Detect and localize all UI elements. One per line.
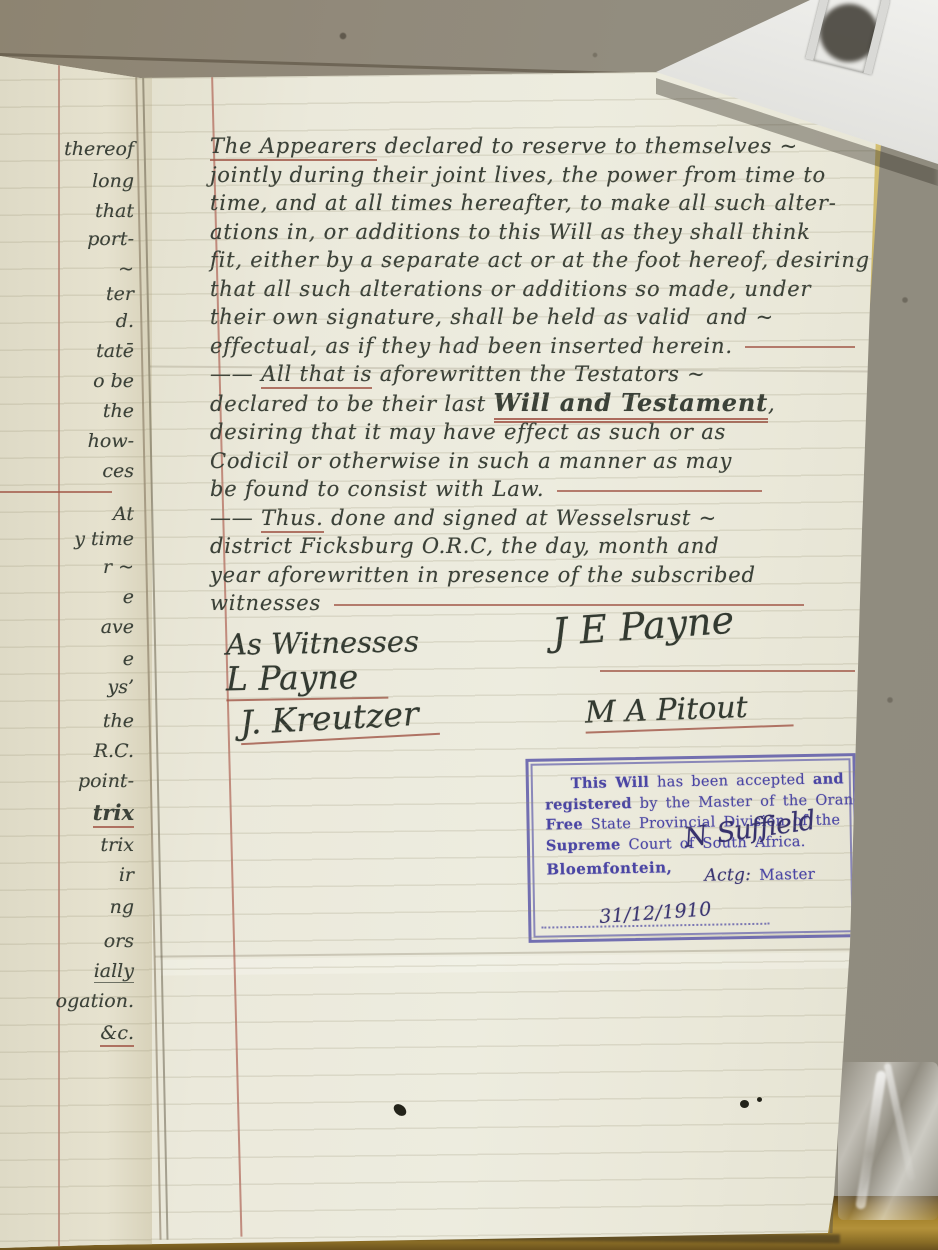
stamp-title-handwritten: Actg: [704,865,751,886]
handwritten-line: effectual, as if they had been inserted … [210,332,870,361]
text-segment: desiring that it may have effect as such… [210,420,726,444]
stamp-place-label: Bloemfontein, [546,857,672,880]
left-page-fragment: trix [100,834,134,856]
text-segment: time, and at all times hereafter, to mak… [210,191,837,215]
left-page-fragment: trix [93,800,134,828]
document-page: thereoflongthatport-~terd.tatēo bethehow… [0,0,938,1250]
handwritten-line: ations in, or additions to this Will as … [210,218,870,247]
text-segment: Supreme [546,836,621,854]
left-page-fragment: ng [110,896,134,918]
handwritten-line: time, and at all times hereafter, to mak… [210,189,870,218]
text-segment: fit, either by a separate act or at the … [210,248,870,272]
text-segment: All that is [261,362,372,389]
text-segment: This Will [571,774,650,792]
handwritten-line: witnesses [210,589,870,618]
handwritten-line: that all such alterations or additions s… [210,275,870,304]
left-page-fragment: tatē [96,340,134,362]
left-page-fragment: point- [78,770,134,792]
text-segment: The Appearers [210,134,377,161]
text-segment: —— [210,362,261,386]
left-page-fragment: ~ [118,258,134,280]
stamp-master-title: Actg: Master [704,864,815,886]
stamp-border-inner: This Will has been accepted andregistere… [531,758,854,938]
text-segment: their own signature, shall be held as va… [210,305,774,329]
left-page-fragment: &c. [100,1022,134,1047]
text-segment: —— [210,506,261,530]
handwritten-line: —— Thus. done and signed at Wesselsrust … [210,504,870,533]
signature-m-a-pitout: M A Pitout [584,688,793,733]
text-segment: year aforewritten in presence of the sub… [210,563,756,587]
left-page-fragment: r ~ [103,556,134,578]
handwritten-line: The Appearers declared to reserve to the… [210,132,870,161]
handwritten-line: district Ficksburg O.R.C, the day, month… [210,532,870,561]
left-page-text-fragments: thereoflongthatport-~terd.tatēo bethehow… [0,0,140,1250]
left-page-fragment: o be [93,370,134,392]
text-segment: ations in, or additions to this Will as … [210,220,811,244]
left-page-fragment: ir [119,864,134,886]
handwritten-line: jointly during their joint lives, the po… [210,161,870,190]
handwritten-line: desiring that it may have effect as such… [210,418,870,447]
left-page-fragment: port- [87,228,134,250]
stamp-date-line: 31/12/1910 [541,900,769,928]
left-page-fragment: ially [94,960,134,983]
left-page-fragment: the [103,710,134,732]
left-page-fragment: how- [88,430,134,452]
left-page-fragment: At [113,503,134,525]
text-segment: that all such alterations or additions s… [210,277,811,301]
handwritten-line: fit, either by a separate act or at the … [210,246,870,275]
ink-speck [757,1097,762,1102]
text-segment: and [813,770,844,788]
text-segment: has been accepted [649,772,813,791]
text-segment: declared to be their last [210,392,494,416]
left-page-fragment: thereof [64,138,134,160]
handwritten-line: their own signature, shall be held as va… [210,303,870,332]
red-rule-inline [745,346,855,348]
red-rule-inline [334,604,804,606]
text-segment: declared to reserve to themselves ~ [377,134,798,158]
left-page-fragment: ces [102,460,134,482]
left-page-fragment: e [123,648,134,670]
left-page-fragment: y time [74,528,134,550]
text-segment: aforewritten the Testators ~ [372,362,705,386]
as-witnesses-label: As Witnesses [226,624,419,661]
left-page-fragment: ors [104,930,134,952]
left-page-fragment: ter [106,283,134,305]
stamp-title-printed: Master [759,865,815,884]
registration-stamp: This Will has been accepted andregistere… [525,753,858,943]
stamp-date: 31/12/1910 [541,899,713,931]
left-page-fragment: ys’ [107,676,134,698]
left-page-fragment: ave [101,616,134,638]
left-page-red-rule [0,491,112,493]
signature-l-payne: L Payne [226,657,389,702]
text-segment: Codicil or otherwise in such a manner as… [210,449,732,473]
handwritten-line: declared to be their last Will and Testa… [210,389,870,419]
text-segment: done and signed at Wesselsrust ~ [324,506,717,530]
handwritten-line: be found to consist with Law. [210,475,870,504]
text-segment: district Ficksburg O.R.C, the day, month… [210,534,719,558]
text-segment: registered [545,795,632,814]
left-page-fragment: R.C. [94,740,134,762]
ink-speck [391,1102,408,1119]
handwritten-line: year aforewritten in presence of the sub… [210,561,870,590]
left-page-fragment: that [95,200,134,222]
ink-speck [740,1100,749,1108]
text-segment: effectual, as if they had been inserted … [210,334,740,358]
text-segment: be found to consist with Law. [210,477,552,501]
left-page-fragment: long [92,170,134,192]
text-segment: , [768,392,775,416]
text-segment: Thus. [261,506,324,533]
handwritten-line: —— All that is aforewritten the Testator… [210,360,870,389]
left-page-fragment: d. [116,310,134,332]
plastic-wrap [838,1062,938,1220]
text-segment: by the Master of the Orange [632,791,872,811]
text-segment: jointly during their joint lives, the po… [210,163,826,187]
left-page-fragment: ogation. [56,990,134,1012]
text-segment: witnesses [210,591,329,615]
red-rule [600,670,855,672]
handwritten-body-text: The Appearers declared to reserve to the… [210,132,870,618]
handwritten-line: Codicil or otherwise in such a manner as… [210,447,870,476]
text-segment: Free [545,816,583,834]
left-page-fragment: the [103,400,134,422]
signature-j-kreutzer: J. Kreutzer [239,693,440,745]
red-rule-inline [557,490,762,492]
left-page-fragment: e [123,586,134,608]
